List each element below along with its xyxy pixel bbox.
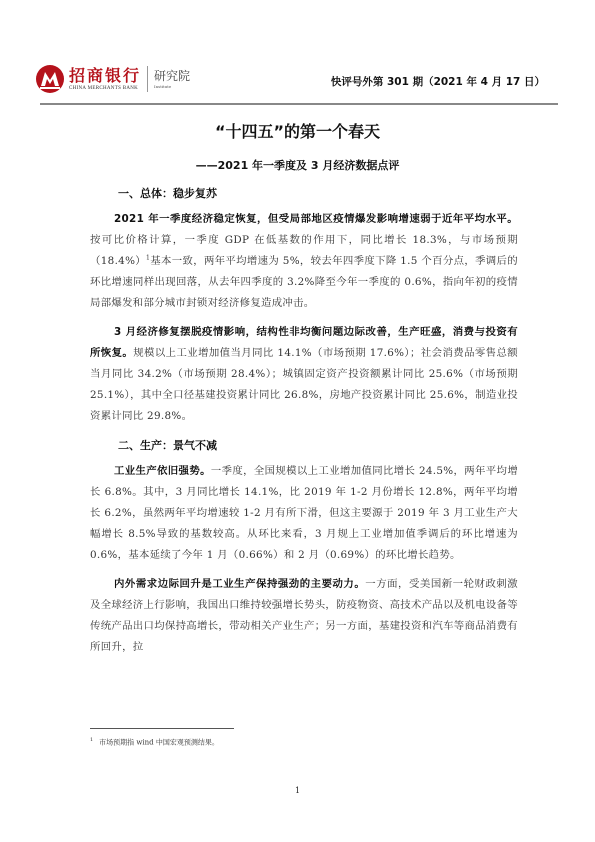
logo-chinese-name: 招商银行 — [69, 67, 141, 85]
cmb-logo: 招商银行 CHINA MERCHANTS BANK 研究院 Institute — [35, 64, 190, 94]
page-number: 1 — [0, 786, 595, 795]
paragraph: 3 月经济修复摆脱疫情影响，结构性非均衡问题边际改善，生产旺盛，消费与投资有所恢… — [90, 322, 518, 427]
paragraph-lead: 工业生产依旧强势。 — [114, 465, 211, 477]
logo-english-name: CHINA MERCHANTS BANK — [69, 85, 141, 92]
footnote-mark: 1 — [90, 737, 93, 743]
institute-name: 研究院 — [154, 68, 190, 84]
paragraph-lead: 内外需求边际回升是工业生产保持强劲的主要动力。 — [114, 578, 365, 590]
paragraph-text: 基本一致，两年平均增速为 5%，较去年四季度下降 1.5 个百分点，季调后的环比… — [90, 255, 518, 309]
logo-divider — [147, 66, 148, 92]
paragraph-text: 规模以上工业增加值当月同比 14.1%（市场预期 17.6%）；社会消费品零售总… — [90, 347, 518, 422]
section-heading: 二、生产：景气不减 — [118, 435, 518, 461]
paragraph-text: 一季度，全国规模以上工业增加值同比增长 24.5%，两年平均增长 6.8%。其中… — [90, 465, 518, 561]
paragraph: 2021 年一季度经济稳定恢复，但受局部地区疫情爆发影响增速弱于近年平均水平。按… — [90, 209, 518, 314]
header-divider — [40, 103, 558, 105]
paragraph: 内外需求边际回升是工业生产保持强劲的主要动力。一方面，受美国新一轮财政刺激及全球… — [90, 574, 518, 658]
footnote: 1市场预期指 wind 中国宏观预测结果。 — [90, 737, 219, 747]
page-subtitle: ——2021 年一季度及 3 月经济数据点评 — [0, 157, 595, 173]
institute-english: Institute — [154, 84, 190, 90]
paragraph-lead: 2021 年一季度经济稳定恢复，但受局部地区疫情爆发影响增速弱于近年平均水平。 — [114, 213, 518, 225]
report-header: 招商银行 CHINA MERCHANTS BANK 研究院 Institute … — [30, 62, 565, 102]
footnote-text: 市场预期指 wind 中国宏观预测结果。 — [99, 738, 219, 746]
section-heading: 一、总体：稳步复苏 — [118, 183, 518, 209]
page-title: “十四五”的第一个春天 — [0, 119, 595, 142]
issue-info: 快评号外第 301 期（2021 年 4 月 17 日） — [331, 74, 545, 89]
paragraph: 工业生产依旧强势。一季度，全国规模以上工业增加值同比增长 24.5%，两年平均增… — [90, 461, 518, 566]
footnote-divider — [90, 728, 234, 729]
report-body: 一、总体：稳步复苏 2021 年一季度经济稳定恢复，但受局部地区疫情爆发影响增速… — [90, 183, 518, 666]
cmb-logo-icon — [35, 64, 65, 94]
